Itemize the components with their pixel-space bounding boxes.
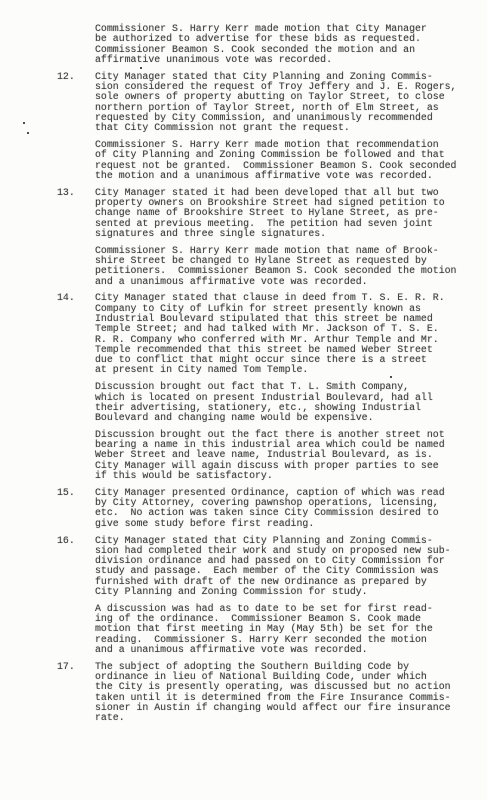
minutes-item-15: 15. City Manager presented Ordinance, ca…	[95, 488, 459, 529]
minutes-item-12: 12. City Manager stated that City Planni…	[95, 72, 459, 181]
minutes-paragraph: Discussion brought out fact that T. L. S…	[95, 382, 459, 423]
item-number: 12.	[57, 72, 75, 82]
minutes-paragraph: City Manager stated that City Planning a…	[95, 536, 459, 598]
minutes-paragraph: City Manager stated it had been develope…	[95, 188, 459, 239]
minutes-paragraph: The subject of adopting the Southern Bui…	[95, 662, 459, 724]
minutes-paragraph: A discussion was had as to date to be se…	[95, 604, 459, 655]
item-number: 17.	[57, 662, 75, 672]
minutes-item-17: 17. The subject of adopting the Southern…	[95, 662, 459, 724]
minutes-intro-paragraph: Commissioner S. Harry Kerr made motion t…	[95, 24, 459, 65]
minutes-paragraph: Commissioner S. Harry Kerr made motion t…	[95, 246, 459, 287]
minutes-paragraph: City Manager stated that clause in deed …	[95, 293, 459, 375]
minutes-paragraph: City Manager stated that City Planning a…	[95, 72, 459, 134]
minutes-paragraph: Commissioner S. Harry Kerr made motion t…	[95, 140, 459, 181]
scan-speck	[27, 132, 29, 134]
minutes-item-14: 14. City Manager stated that clause in d…	[95, 293, 459, 481]
scan-speck	[23, 122, 25, 124]
minutes-paragraph: City Manager presented Ordinance, captio…	[95, 488, 459, 529]
minutes-paragraph: Discussion brought out the fact there is…	[95, 430, 459, 481]
minutes-item-13: 13. City Manager stated it had been deve…	[95, 188, 459, 287]
item-number: 15.	[57, 488, 75, 498]
minutes-content: Commissioner S. Harry Kerr made motion t…	[95, 24, 459, 730]
item-number: 14.	[57, 293, 75, 303]
minutes-item-16: 16. City Manager stated that City Planni…	[95, 536, 459, 656]
scanned-minutes-page: Commissioner S. Harry Kerr made motion t…	[0, 0, 487, 800]
item-number: 13.	[57, 188, 75, 198]
item-number: 16.	[57, 536, 75, 546]
